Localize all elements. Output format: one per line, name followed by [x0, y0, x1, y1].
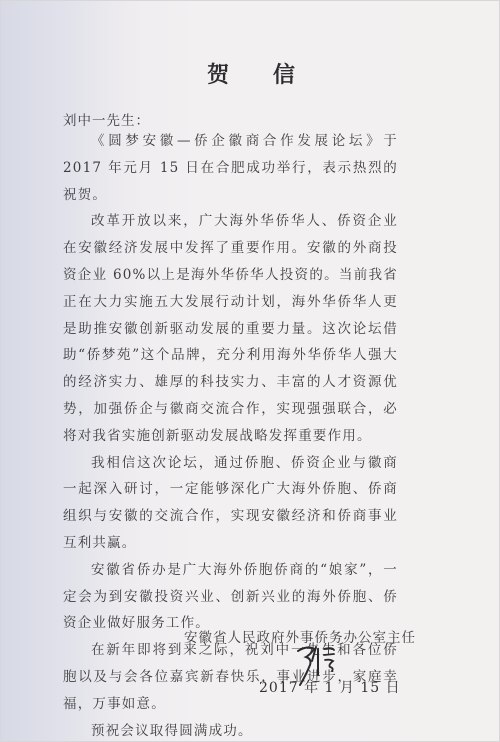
paragraph-contribution: 改革开放以来，广大海外华侨华人、侨资企业在安徽经济发展中发挥了重要作用。安徽的外…: [63, 208, 398, 449]
paragraph-congratulation: 《圆梦安徽—侨企徽商合作发展论坛》于 2017 年元月 15 日在合肥成功举行，…: [63, 128, 398, 208]
letter-page: 贺 信 刘中一先生： 《圆梦安徽—侨企徽商合作发展论坛》于 2017 年元月 1…: [0, 0, 500, 742]
letter-date: 2017 年 1 月 15 日: [259, 677, 401, 697]
letter-body: 《圆梦安徽—侨企徽商合作发展论坛》于 2017 年元月 15 日在合肥成功举行，…: [63, 128, 398, 742]
letter-title: 贺 信: [1, 58, 500, 89]
paragraph-closing: 预祝会议取得圆满成功。: [63, 718, 398, 742]
paragraph-cooperation: 我相信这次论坛，通过侨胞、侨资企业与徽商一起深入研讨，一定能够深化广大海外侨胞、…: [63, 450, 398, 557]
salutation: 刘中一先生：: [63, 109, 150, 129]
